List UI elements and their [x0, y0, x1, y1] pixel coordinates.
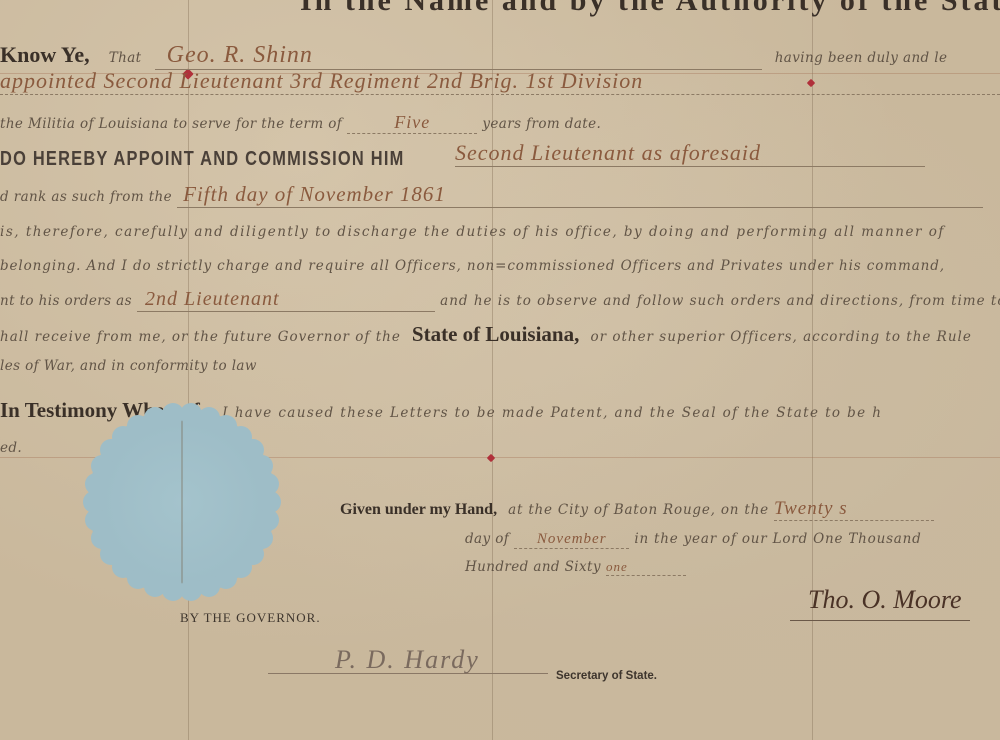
appointment-office: appointed Second Lieutenant 3rd Regiment…: [0, 68, 1000, 95]
militia-term-prefix: the Militia of Louisiana to serve for th…: [0, 116, 342, 132]
given-month-suffix: in the year of our Lord One Thousand: [634, 531, 921, 547]
line-militia-term: the Militia of Louisiana to serve for th…: [0, 112, 601, 134]
given-year: one: [606, 559, 686, 576]
orders-rank: 2nd Lieutenant: [137, 288, 435, 312]
state-of-louisiana: State of Louisiana,: [412, 322, 579, 346]
given-place: at the City of Baton Rouge, on the: [508, 502, 769, 518]
document-header: In the Name and by the Authority of the …: [300, 0, 1000, 18]
term-years: Five: [347, 112, 477, 134]
line-given-under-hand: Given under my Hand, at the City of Bato…: [340, 498, 934, 521]
line-appointment: appointed Second Lieutenant 3rd Regiment…: [0, 68, 1000, 95]
testimony-text: I have caused these Letters to be made P…: [222, 405, 882, 421]
line-rank-date: d rank as such from the Fifth day of Nov…: [0, 182, 983, 208]
given-year-prefix: Hundred and Sixty: [465, 559, 601, 575]
line-know-ye: Know Ye, That Geo. R. Shinn having been …: [0, 42, 947, 70]
that-label: That: [109, 50, 142, 66]
governor-signature-line: [790, 620, 970, 621]
orders-suffix: and he is to observe and follow such ord…: [440, 293, 1000, 309]
seal-crease: [181, 408, 183, 596]
line-charge: belonging. And I do strictly charge and …: [0, 258, 945, 274]
know-ye-heading: Know Ye,: [0, 42, 90, 67]
appoint-commission-heading: DO HEREBY APPOINT AND COMMISSION HIM: [0, 148, 405, 171]
line-given-year: Hundred and Sixty one: [465, 556, 686, 576]
given-day: Twenty s: [774, 498, 934, 521]
secretary-of-state-label: Secretary of State.: [556, 670, 657, 682]
rank-aforesaid-wrap: Second Lieutenant as aforesaid: [455, 140, 925, 167]
governor-signature: Tho. O. Moore: [808, 585, 962, 615]
given-under-hand-heading: Given under my Hand,: [340, 501, 497, 518]
militia-term-suffix: years from date.: [482, 116, 601, 132]
line1-suffix: having been duly and le: [775, 50, 948, 66]
fold-crease-vertical: [812, 0, 813, 740]
pin-mark: [487, 454, 495, 462]
governor-suffix: or other superior Officers, according to…: [590, 329, 971, 345]
seal-scallop: [257, 473, 279, 495]
rank-effective-date: Fifth day of November 1861: [177, 182, 983, 208]
line-governor: hall receive from me, or the future Gove…: [0, 322, 972, 347]
line-articles-of-war: les of War, and in conformity to law: [0, 358, 257, 374]
line-orders: nt to his orders as 2nd Lieutenant and h…: [0, 288, 1000, 312]
commissioned-rank: Second Lieutenant as aforesaid: [455, 140, 925, 167]
orders-prefix: nt to his orders as: [0, 293, 132, 309]
given-month: November: [514, 531, 629, 549]
governor-prefix: hall receive from me, or the future Gove…: [0, 329, 401, 345]
given-month-prefix: day of: [465, 531, 509, 547]
by-the-governor-label: BY THE GOVERNOR.: [180, 610, 321, 626]
line-appoint-commission: DO HEREBY APPOINT AND COMMISSION HIM: [0, 148, 493, 171]
secretary-signature: P. D. Hardy: [335, 645, 480, 675]
commissioned-name: Geo. R. Shinn: [155, 42, 762, 70]
line-given-month: day of November in the year of our Lord …: [465, 528, 922, 549]
rank-date-prefix: d rank as such from the: [0, 189, 172, 205]
line-testimony-end: ed.: [0, 440, 22, 456]
fold-crease-vertical: [492, 0, 493, 740]
line-duties: is, therefore, carefully and diligently …: [0, 224, 945, 240]
